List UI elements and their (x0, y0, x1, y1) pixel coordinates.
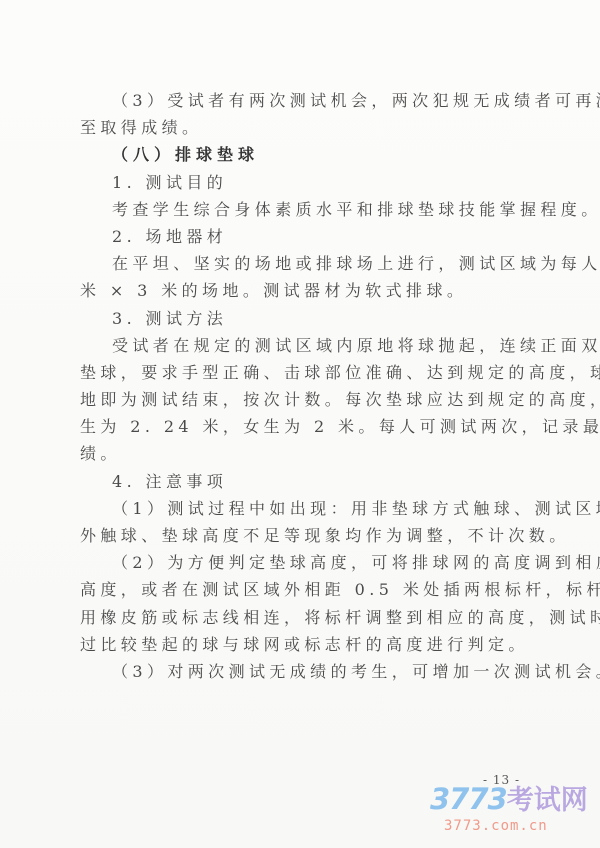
purpose-text: 考查学生综合身体素质水平和排球垫球技能掌握程度。 (80, 196, 514, 223)
subheading-equipment: 2. 场地器材 (80, 223, 514, 250)
method-text-cont-4: 绩。 (80, 440, 514, 467)
note-3: （3）对两次测试无成绩的考生，可增加一次测试机会。 (80, 658, 514, 685)
subheading-purpose: 1. 测试目的 (80, 169, 514, 196)
rule-3-retry: （3）受试者有两次测试机会，两次犯规无成绩者可再测直 (80, 87, 514, 114)
method-text-cont-2: 地即为测试结束，按次计数。每次垫球应达到规定的高度，男 (80, 386, 514, 413)
watermark-logo: 3773考试网 3773.com.cn (430, 783, 600, 835)
equipment-text: 在平坦、坚实的场地或排球场上进行，测试区域为每人 3 (80, 250, 514, 277)
section-heading-volleyball: （八）排球垫球 (80, 141, 514, 168)
watermark-digits: 3773 (430, 782, 507, 816)
equipment-text-cont: 米 × 3 米的场地。测试器材为软式排球。 (80, 277, 514, 304)
subheading-notes: 4. 注意事项 (80, 468, 514, 495)
document-page: （3）受试者有两次测试机会，两次犯规无成绩者可再测直 至取得成绩。 （八）排球垫… (0, 0, 600, 848)
method-text: 受试者在规定的测试区域内原地将球抛起，连续正面双手 (80, 332, 514, 359)
method-text-cont-3: 生为 2. 24 米，女生为 2 米。每人可测试两次，记录最好一次成 (80, 413, 514, 440)
subheading-method: 3. 测试方法 (80, 305, 514, 332)
method-text-cont-1: 垫球，要求手型正确、击球部位准确、达到规定的高度，球落 (80, 359, 514, 386)
rule-3-retry-cont: 至取得成绩。 (80, 114, 514, 141)
document-body: （3）受试者有两次测试机会，两次犯规无成绩者可再测直 至取得成绩。 （八）排球垫… (80, 87, 514, 685)
watermark-main: 3773考试网 (430, 783, 600, 817)
watermark-url: 3773.com.cn (444, 817, 600, 835)
note-1: （1）测试过程中如出现：用非垫球方式触球、测试区域之 (80, 495, 514, 522)
note-2-cont-3: 过比较垫起的球与球网或标志杆的高度进行判定。 (80, 631, 514, 658)
watermark-cn: 考试网 (507, 785, 588, 816)
note-2: （2）为方便判定垫球高度，可将排球网的高度调到相应的 (80, 549, 514, 576)
note-1-cont: 外触球、垫球高度不足等现象均作为调整，不计次数。 (80, 522, 514, 549)
note-2-cont-1: 高度，或者在测试区域外相距 0.5 米处插两根标杆，标杆顶端 (80, 576, 514, 603)
note-2-cont-2: 用橡皮筋或标志线相连，将标杆调整到相应的高度，测试时通 (80, 604, 514, 631)
